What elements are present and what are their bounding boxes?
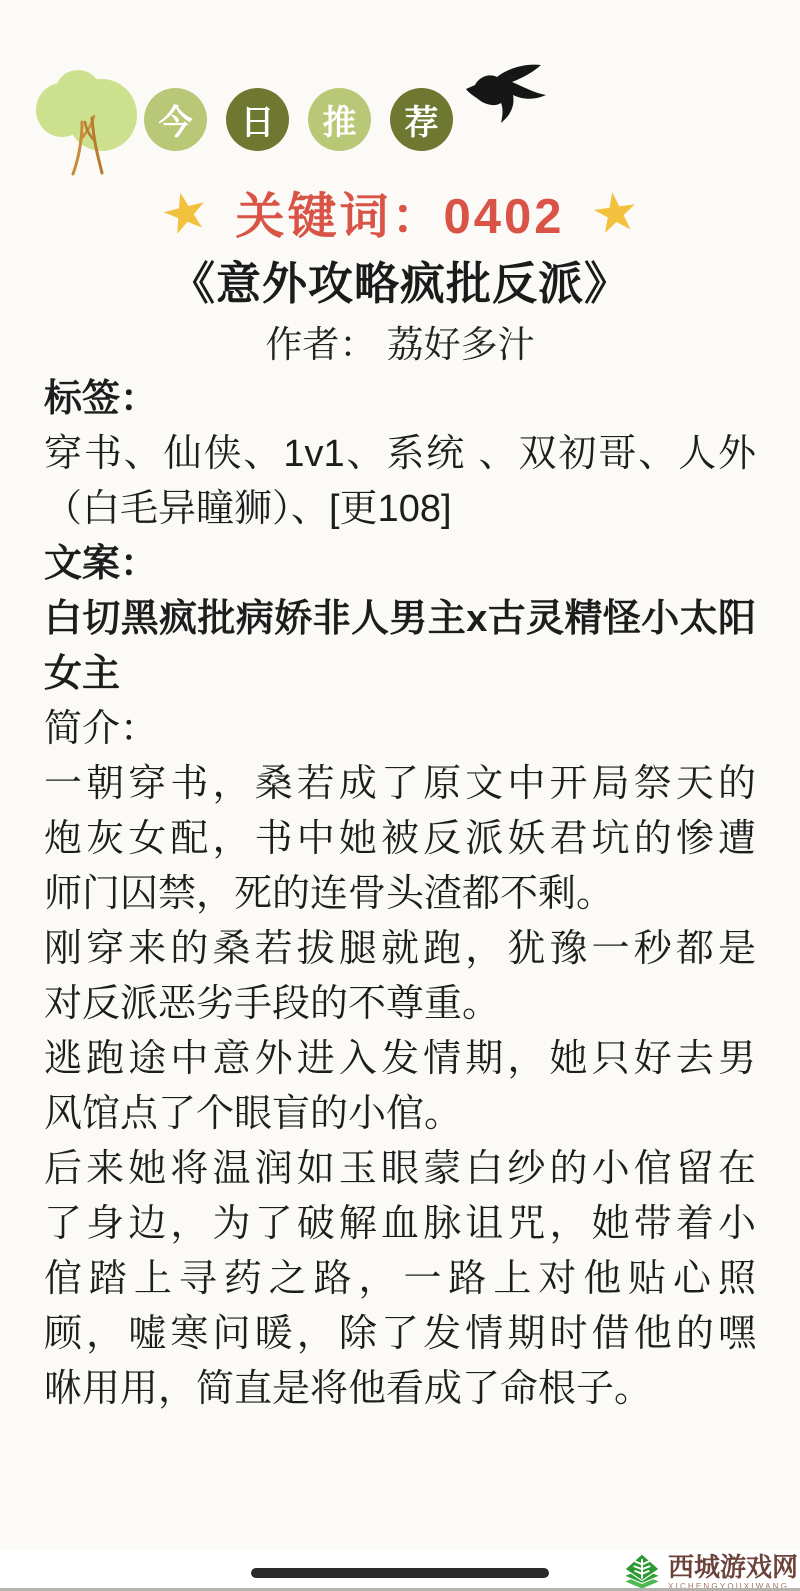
keyword-text: 关键词：0402 — [235, 178, 564, 248]
body-line: 后来她将温润如玉眼蒙白纱的小倌留在 — [44, 1142, 756, 1197]
body-line: 对反派恶劣手段的不尊重。 — [44, 977, 756, 1032]
tree-icon — [30, 60, 142, 178]
body-line: 倌踏上寻药之路，一路上对他贴心照 — [44, 1252, 756, 1307]
today-recommendation-badge: 今 日 推 荐 — [144, 88, 453, 151]
site-name: 西城游戏网 — [668, 1554, 798, 1581]
copy-line: 女主 — [44, 647, 756, 702]
intro-label: 简介： — [44, 702, 756, 757]
copy-line: 白切黑疯批病娇非人男主x古灵精怪小太阳 — [44, 592, 756, 647]
body-line: 刚穿来的桑若拔腿就跑，犹豫一秒都是 — [44, 922, 756, 977]
badge-char: 今 — [144, 88, 207, 151]
keyword-banner: ★ 关键词：0402 ★ — [0, 178, 800, 248]
body-line: 一朝穿书，桑若成了原文中开局祭天的 — [44, 757, 756, 812]
tags-line: 穿书、仙侠、1v1、系统 、双初哥、人外 — [44, 427, 756, 482]
badge-char-label: 日 — [241, 95, 275, 144]
body-line: 逃跑途中意外进入发情期，她只好去男 — [44, 1032, 756, 1087]
book-title: 《意外攻略疯批反派》 — [0, 247, 800, 312]
site-watermark: 西城游戏网 XICHENGYOUXIWANG — [621, 1553, 798, 1591]
book-author: 作者： 荔好多汁 — [0, 314, 800, 368]
site-watermark-text: 西城游戏网 XICHENGYOUXIWANG — [668, 1554, 798, 1591]
body-line: 师门囚禁，死的连骨头渣都不剩。 — [44, 867, 756, 922]
article-body: 标签： 穿书、仙侠、1v1、系统 、双初哥、人外 （白毛异瞳狮）、[更108] … — [44, 372, 756, 1417]
body-line: 风馆点了个眼盲的小倌。 — [44, 1087, 756, 1142]
body-line: 咻用用，简直是将他看成了命根子。 — [44, 1362, 756, 1417]
badge-char: 日 — [226, 88, 289, 151]
home-indicator-handle[interactable] — [251, 1568, 549, 1578]
badge-char: 推 — [308, 88, 371, 151]
tags-label: 标签： — [44, 372, 756, 427]
swallow-icon — [462, 58, 547, 126]
page-background: 今 日 推 荐 ★ 关键词：0402 ★ 《意外攻略疯批反派》 作者： 荔好多汁… — [0, 0, 800, 1591]
body-line: 炮灰女配，书中她被反派妖君坑的惨遭 — [44, 812, 756, 867]
star-icon: ★ — [155, 178, 216, 248]
star-icon: ★ — [587, 180, 643, 246]
badge-char-label: 今 — [159, 95, 193, 144]
badge-char: 荐 — [390, 88, 453, 151]
body-line: 顾，嘘寒问暖，除了发情期时借他的嘿 — [44, 1307, 756, 1362]
tags-line: （白毛异瞳狮）、[更108] — [44, 482, 756, 537]
badge-char-label: 推 — [323, 95, 357, 144]
body-line: 了身边，为了破解血脉诅咒，她带着小 — [44, 1197, 756, 1252]
site-logo-icon — [621, 1553, 663, 1591]
badge-char-label: 荐 — [405, 95, 439, 144]
copy-label: 文案： — [44, 537, 756, 592]
